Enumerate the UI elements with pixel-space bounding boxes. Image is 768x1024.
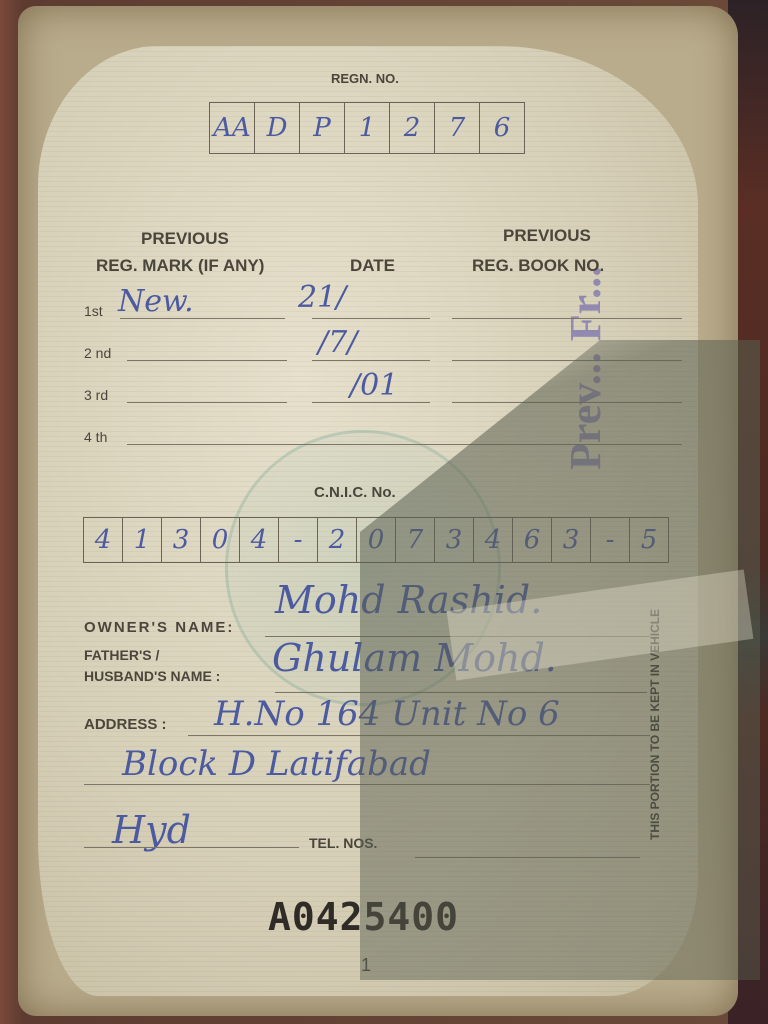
cnic-box: 1: [123, 518, 162, 562]
regn-no-boxes: AA D P 1 2 7 6: [209, 102, 525, 154]
address-label: ADDRESS :: [84, 716, 167, 733]
cnic-box: 4: [84, 518, 123, 562]
father-name-line: [275, 692, 647, 693]
row3-mark-line: [127, 402, 287, 403]
cnic-box: 4: [474, 518, 513, 562]
page-number: 1: [361, 955, 371, 976]
row-ordinal-3: 3 rd: [84, 387, 108, 403]
regn-no-box: 1: [345, 103, 390, 153]
date-part-year: /01: [350, 368, 398, 403]
owner-name-label: OWNER'S NAME:: [84, 619, 234, 636]
tel-nos-label: TEL. NOS.: [309, 835, 377, 851]
row3-book-line: [452, 402, 682, 403]
address-line-3: Hyd: [112, 808, 191, 852]
regn-no-box: D: [255, 103, 300, 153]
cnic-box: 5: [630, 518, 668, 562]
ink-stamp: Prev... Fr...: [560, 170, 680, 470]
date-part-day: 21/: [298, 280, 346, 315]
row-ordinal-4: 4 th: [84, 429, 107, 445]
regn-no-box: 6: [480, 103, 524, 153]
address-line-1-rule: [188, 735, 650, 736]
cnic-box: 3: [435, 518, 474, 562]
row1-date-line: [312, 318, 430, 319]
regn-no-box: P: [300, 103, 345, 153]
address-line-3-rule: [84, 847, 299, 848]
row-ordinal-1: 1st: [84, 303, 103, 319]
cnic-box: 3: [162, 518, 201, 562]
row2-mark-line: [127, 360, 287, 361]
cnic-box: -: [591, 518, 630, 562]
father-name-label-line1: FATHER'S /: [84, 647, 159, 663]
address-line-2: Block D Latifabad: [122, 744, 431, 784]
cnic-box: 6: [513, 518, 552, 562]
row2-book-line: [452, 360, 682, 361]
cnic-box: 0: [201, 518, 240, 562]
row4-line: [127, 444, 682, 445]
tel-nos-line: [415, 857, 640, 858]
address-line-2-rule: [84, 784, 650, 785]
father-name-value: Ghulam Mohd.: [272, 636, 557, 680]
father-name-label-line2: HUSBAND'S NAME :: [84, 668, 220, 684]
cnic-box: 2: [318, 518, 357, 562]
cnic-box: 4: [240, 518, 279, 562]
prev-mark-header-line2: REG. MARK (IF ANY): [96, 256, 264, 276]
serial-number: A0425400: [268, 895, 459, 939]
cnic-boxes: 4 1 3 0 4 - 2 0 7 3 4 6 3 - 5: [83, 517, 669, 563]
cnic-box: 0: [357, 518, 396, 562]
owner-name-value: Mohd Rashid.: [275, 578, 542, 622]
kept-in-vehicle-note: THIS PORTION TO BE KEPT IN VEHICLE: [648, 574, 668, 874]
row1-mark-handwritten: New.: [118, 284, 194, 319]
regn-no-label: REGN. NO.: [331, 71, 399, 86]
regn-no-box: 7: [435, 103, 480, 153]
prev-book-header-line1: PREVIOUS: [503, 226, 591, 246]
row1-book-line: [452, 318, 682, 319]
date-part-month: /7/: [318, 325, 357, 360]
regn-no-box: AA: [210, 103, 255, 153]
prev-mark-header-line1: PREVIOUS: [141, 229, 229, 249]
cnic-box: 3: [552, 518, 591, 562]
address-line-1: H.No 164 Unit No 6: [214, 694, 560, 734]
cnic-box: 7: [396, 518, 435, 562]
cnic-label: C.N.I.C. No.: [314, 484, 396, 501]
cnic-box: -: [279, 518, 318, 562]
prev-book-header-line2: REG. BOOK NO.: [472, 256, 604, 276]
regn-no-box: 2: [390, 103, 435, 153]
row2-date-line: [312, 360, 430, 361]
date-header: DATE: [350, 256, 395, 276]
row-ordinal-2: 2 nd: [84, 345, 111, 361]
